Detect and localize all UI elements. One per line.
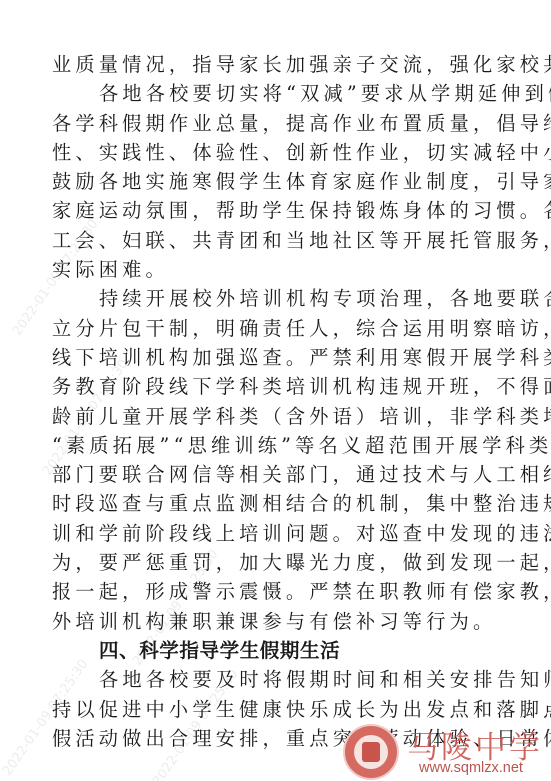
document-body: 业质量情况，指导家长加强亲子交流，强化家校共育。 各地各校要切实将“双减”要求从… <box>52 50 498 753</box>
paragraph-line: 部门要联合网信等相关部门，通过技术与人工相结合，全网、全 <box>52 460 498 489</box>
paragraph-line: 报一起，形成警示震慑。严禁在职教师有偿家教，严禁教师在校 <box>52 577 498 606</box>
paragraph-line: 龄前儿童开展学科类（含外语）培训，非学科类培训机构不得以 <box>52 402 498 431</box>
paragraph-line: 家庭运动氛围，帮助学生保持锻炼身体的习惯。各地各校可协同 <box>52 196 498 225</box>
paragraph-line: 性、实践性、体验性、创新性作业，切实减轻中小学生课业负担。 <box>52 138 498 167</box>
logo-url: www.sqmlzx.net <box>419 760 523 776</box>
paragraph-line: 工会、妇联、共青团和当地社区等开展托管服务，以解决家长的 <box>52 226 498 255</box>
document-page: 2022-01-09 07:25:30 2022-01-09 07:25:30 … <box>0 0 551 781</box>
school-seal-icon <box>345 726 397 778</box>
section-heading: 四、科学指导学生假期生活 <box>52 636 498 665</box>
paragraph-line: 时段巡查与重点监测相结合的机制，集中整治违规开展学科类培 <box>52 489 498 518</box>
paragraph-line: 训和学前阶段线上培训问题。对巡查中发现的违法违规培训行 <box>52 519 498 548</box>
paragraph-line: 立分片包干制，明确责任人，综合运用明察暗访，对辖区内所有 <box>52 314 498 343</box>
paragraph-line: 外培训机构兼职兼课参与有偿补习等行为。 <box>52 607 498 636</box>
paragraph-line: “素质拓展”“思维训练”等名义超范围开展学科类培训。各地教育 <box>52 431 498 460</box>
paragraph-line: 持以促进中小学生健康快乐成长为出发点和落脚点，对中小学寒 <box>52 695 498 724</box>
paragraph-line: 线下培训机构加强巡查。严禁利用寒假开展学科类培训，严防义 <box>52 343 498 372</box>
paragraph-line: 业质量情况，指导家长加强亲子交流，强化家校共育。 <box>52 50 498 79</box>
paragraph-line: 鼓励各地实施寒假学生体育家庭作业制度，引导家长营造良好的 <box>52 167 498 196</box>
paragraph-line: 持续开展校外培训机构专项治理，各地要联合相关部门，建 <box>52 284 498 313</box>
paragraph-line: 各地各校要及时将假期时间和相关安排告知师生和家长，坚 <box>52 665 498 694</box>
paragraph-line: 各地各校要切实将“双减”要求从学期延伸到假期，严格控制 <box>52 79 498 108</box>
paragraph-line: 各学科假期作业总量，提高作业布置质量，倡导给学生布置探究 <box>52 109 498 138</box>
school-logo-watermark: 马陵中学 www.sqmlzx.net <box>345 724 550 781</box>
paragraph-line: 为，要严惩重罚，加大曝光力度，做到发现一起，处置一起，通 <box>52 548 498 577</box>
paragraph-line: 实际困难。 <box>52 255 498 284</box>
paragraph-line: 务教育阶段线下学科类培训机构违规开班，不得面向 3 至 6 岁学 <box>52 372 498 401</box>
